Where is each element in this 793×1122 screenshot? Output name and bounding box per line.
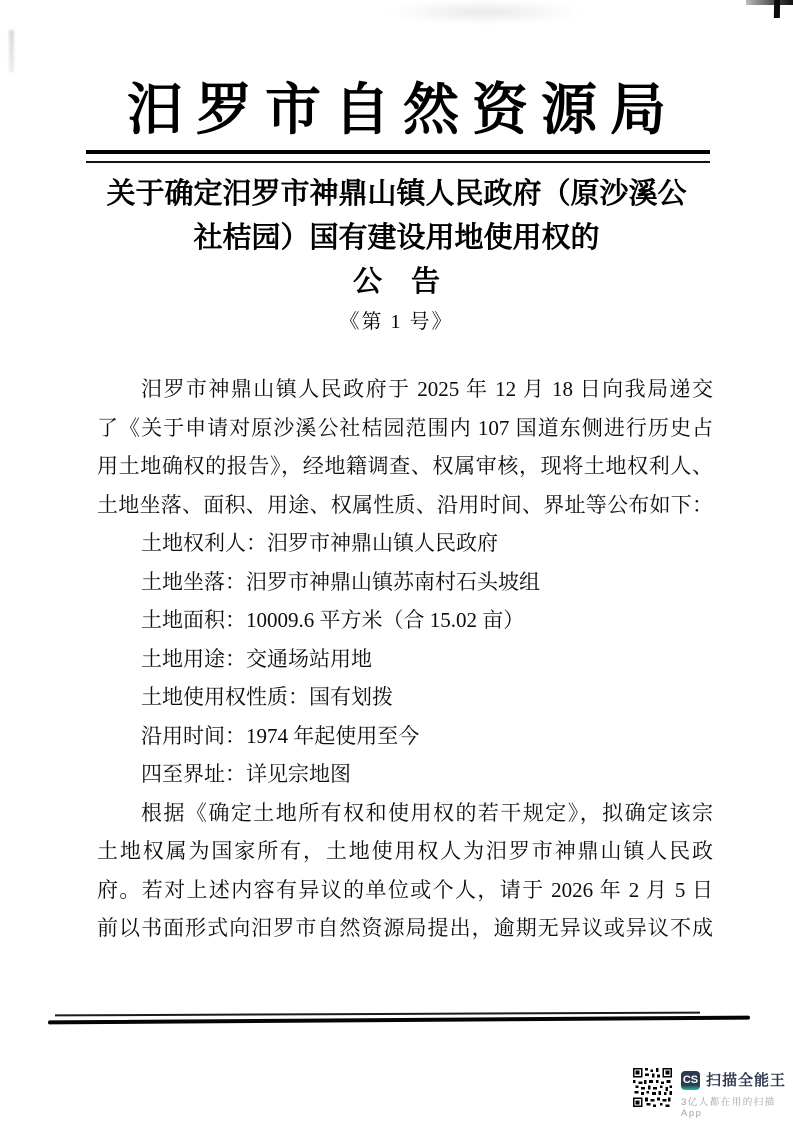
usage-period: 沿用时间：1974 年起使用至今 bbox=[97, 717, 713, 756]
qr-code-icon bbox=[633, 1068, 672, 1107]
notice-title-line-2: 社桔园）国有建设用地使用权的 bbox=[60, 216, 733, 260]
body-line: 土地坐落、面积、用途、权属性质、沿用时间、界址等公布如下： bbox=[97, 486, 713, 525]
body-line: 用土地确权的报告》，经地籍调查、权属审核，现将土地权利人、 bbox=[97, 447, 713, 486]
notice-body: 汨罗市神鼎山镇人民政府于 2025 年 12 月 18 日向我局递交 了《关于申… bbox=[97, 370, 713, 948]
notice-title: 关于确定汨罗市神鼎山镇人民政府（原沙溪公 社桔园）国有建设用地使用权的 公 告 bbox=[60, 172, 733, 304]
body-line: 了《关于申请对原沙溪公社桔园范围内 107 国道东侧进行历史占 bbox=[97, 409, 713, 448]
camscanner-logo-icon: CS bbox=[681, 1071, 700, 1090]
body-line: 前以书面形式向汨罗市自然资源局提出，逾期无异议或异议不成 bbox=[97, 909, 713, 948]
header-double-rule bbox=[86, 150, 710, 163]
doc-number: 《第 1 号》 bbox=[0, 305, 793, 334]
scanned-document-page: 汨罗市自然资源局 关于确定汨罗市神鼎山镇人民政府（原沙溪公 社桔园）国有建设用地… bbox=[0, 0, 793, 1122]
land-use: 土地用途：交通场站用地 bbox=[97, 640, 713, 679]
camscanner-logo-letters: CS bbox=[683, 1074, 698, 1086]
land-tenure-nature: 土地使用权性质：国有划拨 bbox=[97, 678, 713, 717]
scan-smudge-top bbox=[385, 0, 585, 24]
body-line: 汨罗市神鼎山镇人民政府于 2025 年 12 月 18 日向我局递交 bbox=[97, 370, 713, 409]
land-rights-holder: 土地权利人：汨罗市神鼎山镇人民政府 bbox=[97, 524, 713, 563]
land-area: 土地面积：10009.6 平方米（合 15.02 亩） bbox=[97, 601, 713, 640]
body-line: 府。若对上述内容有异议的单位或个人，请于 2026 年 2 月 5 日 bbox=[97, 871, 713, 910]
scan-corner-mark bbox=[774, 0, 780, 18]
boundary-reference: 四至界址：详见宗地图 bbox=[97, 755, 713, 794]
body-line: 根据《确定土地所有权和使用权的若干规定》，拟确定该宗 bbox=[97, 794, 713, 833]
camscanner-brand-name: 扫描全能王 bbox=[706, 1071, 786, 1090]
scan-page-edge-line-thick bbox=[48, 1016, 750, 1025]
agency-name: 汨罗市自然资源局 bbox=[0, 66, 793, 146]
notice-title-line-1: 关于确定汨罗市神鼎山镇人民政府（原沙溪公 bbox=[60, 172, 733, 216]
scan-corner-smudge bbox=[746, 0, 793, 5]
notice-title-line-3: 公 告 bbox=[60, 260, 733, 304]
body-line: 土地权属为国家所有，土地使用权人为汨罗市神鼎山镇人民政 bbox=[97, 832, 713, 871]
camscanner-tagline: 3亿人都在用的扫描App bbox=[681, 1094, 793, 1119]
land-location: 土地坐落：汨罗市神鼎山镇苏南村石头坡组 bbox=[97, 563, 713, 602]
